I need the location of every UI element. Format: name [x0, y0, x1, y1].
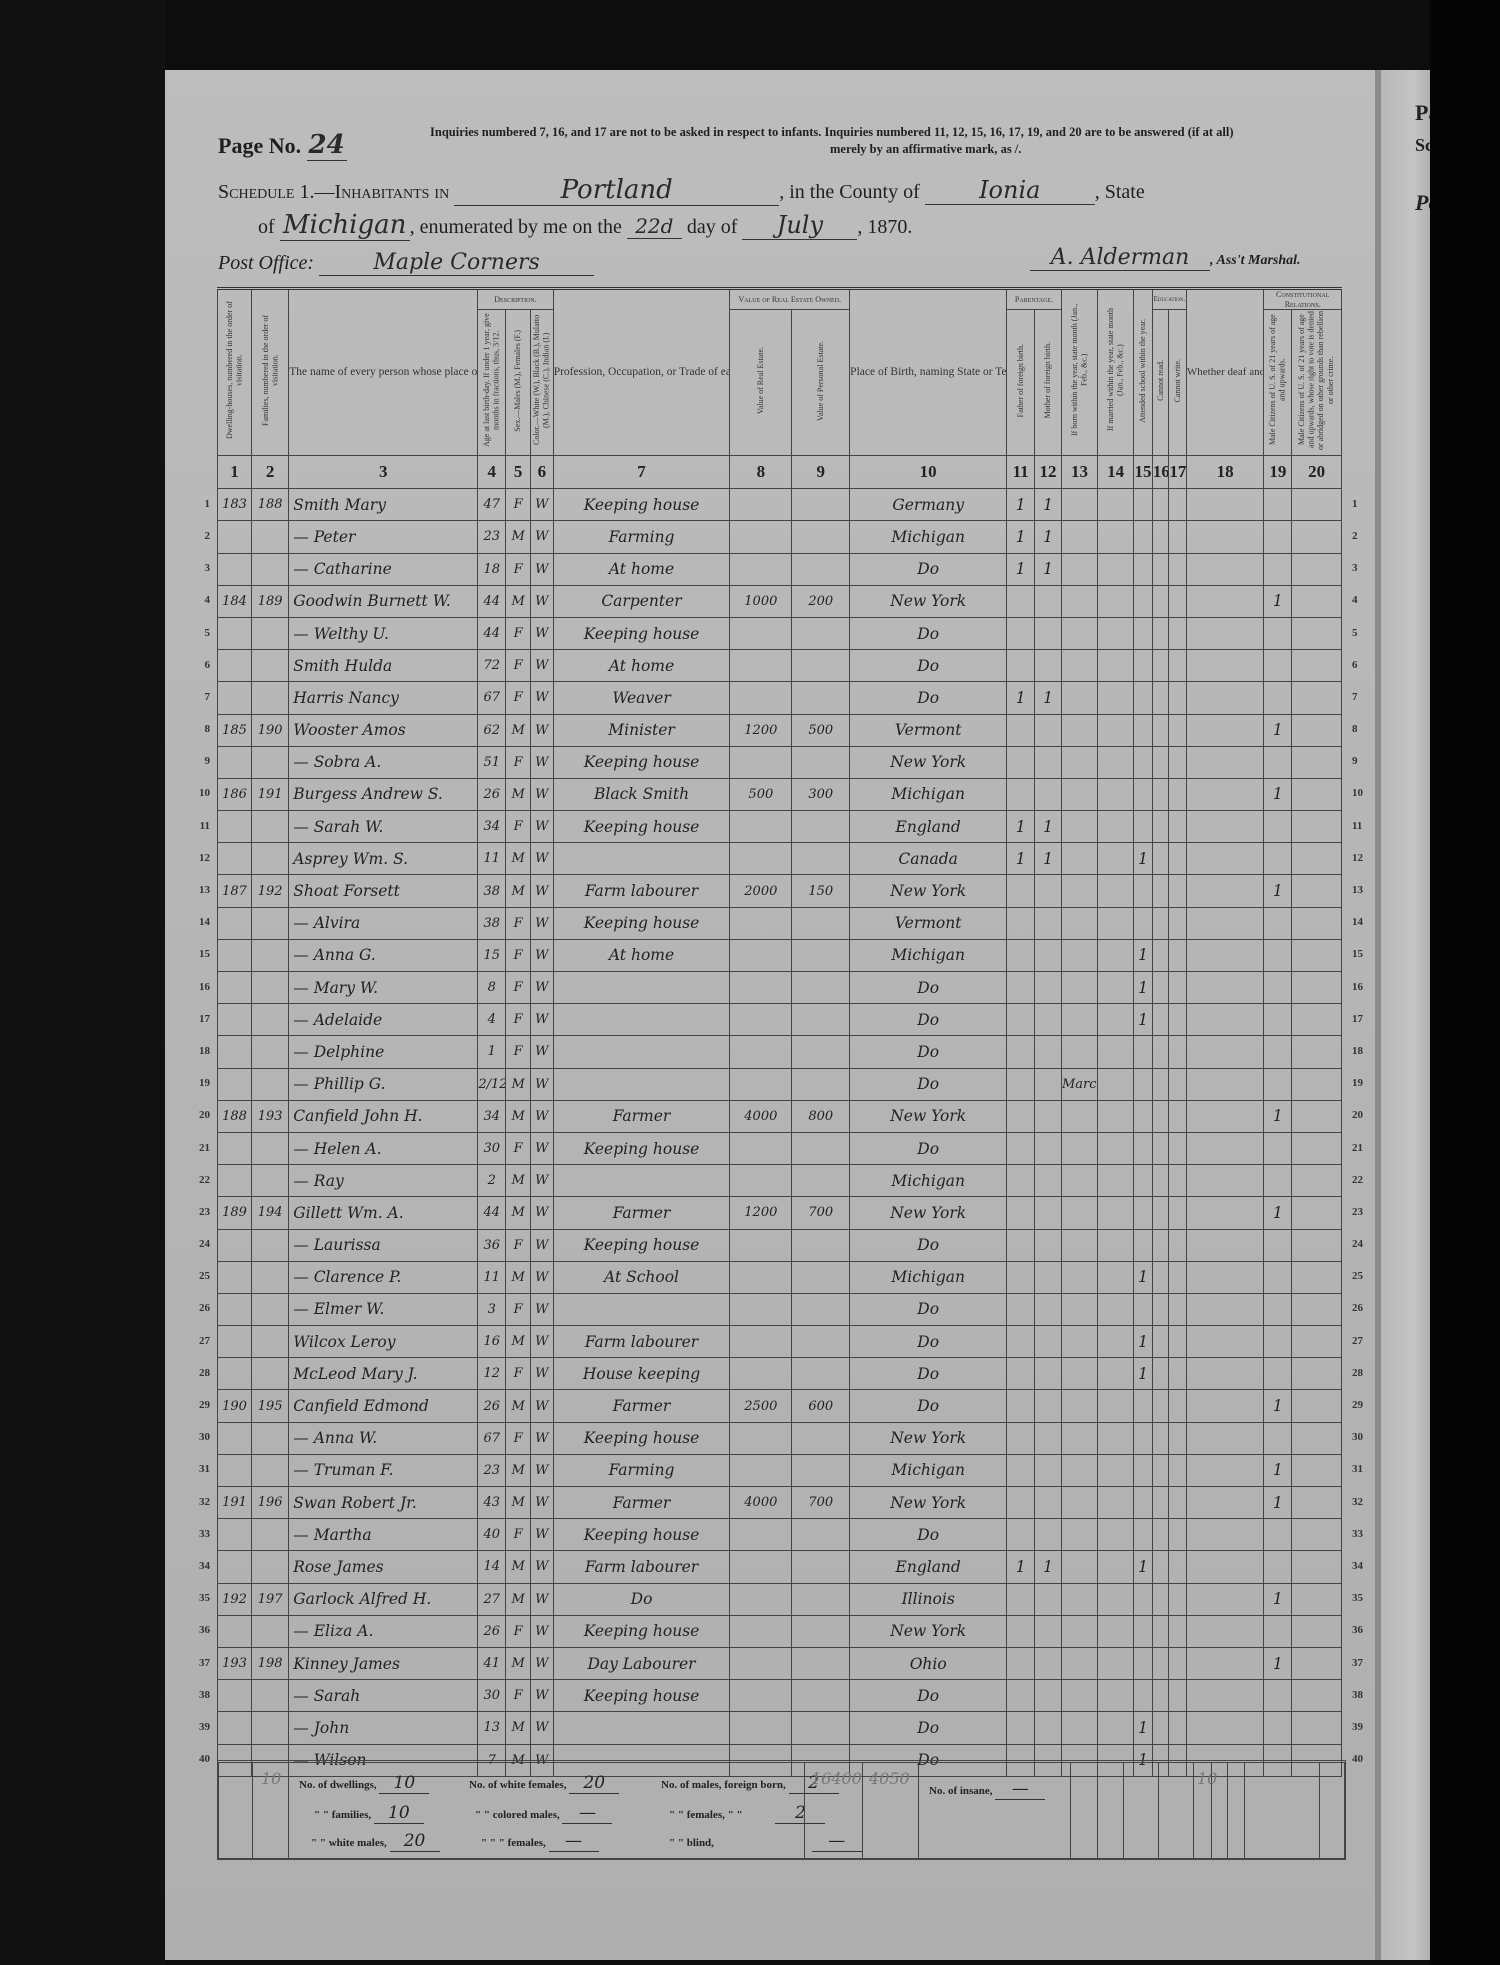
col-header-personal-estate: Value of Personal Estate. — [792, 310, 850, 456]
mother-foreign-mark — [1035, 1647, 1062, 1679]
family-number — [252, 1229, 289, 1261]
male-citizen-mark: 1 — [1264, 1647, 1292, 1679]
attended-school-mark — [1134, 746, 1153, 778]
father-foreign-mark — [1007, 1647, 1035, 1679]
attended-school-mark — [1134, 1132, 1153, 1164]
column-number-row: 1234567891011121314151617181920 — [218, 456, 1342, 489]
occupation: Keeping house — [553, 811, 730, 843]
dwelling-number: 187 — [218, 875, 252, 907]
birth-month — [1061, 553, 1097, 585]
birthplace: New York — [850, 1422, 1007, 1454]
line-number: 5 — [1352, 627, 1358, 639]
column-number: 20 — [1292, 456, 1342, 489]
attended-school-mark: 1 — [1134, 1551, 1153, 1583]
sex: M — [506, 521, 531, 553]
occupation: Keeping house — [553, 746, 730, 778]
white-females-count: No. of white females, 20 — [469, 1773, 619, 1794]
birthplace: New York — [850, 1197, 1007, 1229]
person-name: — Alvira — [289, 907, 478, 939]
column-number: 5 — [506, 456, 531, 489]
birthplace: Do — [850, 1326, 1007, 1358]
table-row: Smith Hulda72FWAt homeDo — [218, 650, 1342, 682]
father-foreign-mark — [1007, 972, 1035, 1004]
dwelling-number — [218, 1454, 252, 1486]
dwellings-count: No. of dwellings, 10 — [299, 1773, 429, 1794]
birthplace: Do — [850, 1004, 1007, 1036]
birth-month — [1061, 1261, 1097, 1293]
line-number: 19 — [1352, 1077, 1363, 1089]
person-name: — Laurissa — [289, 1229, 478, 1261]
father-foreign-mark — [1007, 1132, 1035, 1164]
dwelling-number — [218, 553, 252, 585]
attended-school-mark — [1134, 1293, 1153, 1325]
person-name: — Elmer W. — [289, 1293, 478, 1325]
real-estate-value — [730, 682, 792, 714]
mother-foreign-mark: 1 — [1035, 489, 1062, 521]
real-estate-value: 1200 — [730, 714, 792, 746]
attended-school-mark: 1 — [1134, 939, 1153, 971]
birthplace: Michigan — [850, 1454, 1007, 1486]
person-name: — Anna G. — [289, 939, 478, 971]
married-month — [1098, 1004, 1134, 1036]
line-number: 25 — [1352, 1270, 1363, 1282]
vote-denied — [1292, 1326, 1342, 1358]
line-number: 24 — [1352, 1238, 1363, 1250]
color: W — [530, 1358, 553, 1390]
family-number — [252, 1551, 289, 1583]
color: W — [530, 1583, 553, 1615]
cannot-write — [1169, 650, 1187, 682]
birthplace: Ohio — [850, 1647, 1007, 1679]
deaf-blind — [1186, 1293, 1263, 1325]
col-header-cannot-read: Cannot read. — [1152, 310, 1169, 456]
occupation: At School — [553, 1261, 730, 1293]
line-number: 38 — [1352, 1689, 1363, 1701]
dwelling-number — [218, 1261, 252, 1293]
vote-denied — [1292, 714, 1342, 746]
attended-school-mark — [1134, 811, 1153, 843]
married-month — [1098, 521, 1134, 553]
table-row: Asprey Wm. S.11MWCanada111 — [218, 843, 1342, 875]
vote-denied — [1292, 939, 1342, 971]
vote-denied — [1292, 1004, 1342, 1036]
real-estate-value: 4000 — [730, 1487, 792, 1519]
father-foreign-mark: 1 — [1007, 489, 1035, 521]
cannot-read — [1152, 972, 1169, 1004]
mother-foreign-mark — [1035, 1487, 1062, 1519]
married-month — [1098, 1068, 1134, 1100]
age: 40 — [478, 1519, 506, 1551]
table-row: — Sobra A.51FWKeeping houseNew York — [218, 746, 1342, 778]
age: 14 — [478, 1551, 506, 1583]
family-number: 190 — [252, 714, 289, 746]
family-number — [252, 1454, 289, 1486]
color: W — [530, 1487, 553, 1519]
mother-foreign-mark — [1035, 714, 1062, 746]
mother-foreign-mark — [1035, 1422, 1062, 1454]
line-number: 4 — [190, 594, 210, 606]
color: W — [530, 1390, 553, 1422]
deaf-blind — [1186, 1390, 1263, 1422]
age: 8 — [478, 972, 506, 1004]
vote-denied — [1292, 1551, 1342, 1583]
birth-month — [1061, 1422, 1097, 1454]
male-citizen-mark: 1 — [1264, 1197, 1292, 1229]
sex: F — [506, 1422, 531, 1454]
mother-foreign-mark — [1035, 1036, 1062, 1068]
real-estate-value — [730, 1712, 792, 1744]
person-name: — Sobra A. — [289, 746, 478, 778]
cannot-read — [1152, 1261, 1169, 1293]
birth-month — [1061, 1326, 1097, 1358]
occupation: Farmer — [553, 1197, 730, 1229]
birth-month — [1061, 521, 1097, 553]
person-name: — Eliza A. — [289, 1615, 478, 1647]
birthplace: New York — [850, 1100, 1007, 1132]
vote-denied — [1292, 1390, 1342, 1422]
scan-border-left — [0, 0, 165, 1965]
male-citizen-mark — [1264, 521, 1292, 553]
personal-estate-value — [792, 1036, 850, 1068]
line-number: 31 — [1352, 1463, 1363, 1475]
birthplace: Vermont — [850, 714, 1007, 746]
attended-school-mark — [1134, 1680, 1153, 1712]
sex: M — [506, 1712, 531, 1744]
color: W — [530, 521, 553, 553]
family-number — [252, 650, 289, 682]
dwelling-number — [218, 843, 252, 875]
deaf-blind — [1186, 1487, 1263, 1519]
table-row: 184189Goodwin Burnett W.44MWCarpenter100… — [218, 585, 1342, 617]
age: 12 — [478, 1358, 506, 1390]
line-number: 14 — [1352, 916, 1363, 928]
real-estate-value — [730, 521, 792, 553]
occupation: Farm labourer — [553, 875, 730, 907]
family-number: 193 — [252, 1100, 289, 1132]
birthplace: Do — [850, 1680, 1007, 1712]
birth-month — [1061, 907, 1097, 939]
color: W — [530, 1293, 553, 1325]
vote-denied — [1292, 811, 1342, 843]
attended-school-mark: 1 — [1134, 843, 1153, 875]
birthplace: Vermont — [850, 907, 1007, 939]
occupation: Keeping house — [553, 1132, 730, 1164]
occupation: Keeping house — [553, 1615, 730, 1647]
cannot-write — [1169, 778, 1187, 810]
married-month — [1098, 650, 1134, 682]
column-number: 1 — [218, 456, 252, 489]
color: W — [530, 746, 553, 778]
family-number — [252, 907, 289, 939]
column-number: 3 — [289, 456, 478, 489]
table-row: — Martha40FWKeeping houseDo — [218, 1519, 1342, 1551]
family-number — [252, 1004, 289, 1036]
family-number — [252, 1036, 289, 1068]
attended-school-mark: 1 — [1134, 1326, 1153, 1358]
birth-month — [1061, 1680, 1097, 1712]
person-name: Harris Nancy — [289, 682, 478, 714]
color: W — [530, 553, 553, 585]
age: 3 — [478, 1293, 506, 1325]
mother-foreign-mark — [1035, 1004, 1062, 1036]
sex: F — [506, 1132, 531, 1164]
married-month — [1098, 1358, 1134, 1390]
attended-school-mark — [1134, 1422, 1153, 1454]
line-number: 28 — [1352, 1367, 1363, 1379]
person-name: — John — [289, 1712, 478, 1744]
color: W — [530, 1004, 553, 1036]
family-number — [252, 1165, 289, 1197]
birthplace: New York — [850, 1615, 1007, 1647]
real-estate-value — [730, 553, 792, 585]
attended-school-mark — [1134, 1615, 1153, 1647]
dwelling-number — [218, 1229, 252, 1261]
dwelling-number: 184 — [218, 585, 252, 617]
mother-foreign-mark — [1035, 1229, 1062, 1261]
attended-school-mark: 1 — [1134, 1712, 1153, 1744]
birthplace: Do — [850, 682, 1007, 714]
color: W — [530, 1454, 553, 1486]
birthplace: Michigan — [850, 778, 1007, 810]
age: 62 — [478, 714, 506, 746]
mother-foreign-mark — [1035, 939, 1062, 971]
line-number: 40 — [190, 1753, 210, 1765]
table-row: — Elmer W.3FWDo — [218, 1293, 1342, 1325]
line-number: 22 — [190, 1174, 210, 1186]
cannot-read — [1152, 1712, 1169, 1744]
dwelling-number — [218, 1165, 252, 1197]
occupation: Farming — [553, 1454, 730, 1486]
occupation: Keeping house — [553, 1519, 730, 1551]
cannot-write — [1169, 1551, 1187, 1583]
vote-denied — [1292, 1293, 1342, 1325]
marshal-signature: A. Alderman — [1030, 245, 1210, 271]
line-number: 37 — [190, 1657, 210, 1669]
occupation: At home — [553, 939, 730, 971]
married-month — [1098, 1615, 1134, 1647]
line-number: 33 — [190, 1528, 210, 1540]
line-number: 8 — [1352, 723, 1358, 735]
married-month — [1098, 1712, 1134, 1744]
birthplace: Do — [850, 553, 1007, 585]
vote-denied — [1292, 1454, 1342, 1486]
father-foreign-mark — [1007, 617, 1035, 649]
family-number — [252, 1358, 289, 1390]
attended-school-mark — [1134, 1647, 1153, 1679]
person-name: — Sarah W. — [289, 811, 478, 843]
deaf-blind — [1186, 1036, 1263, 1068]
occupation: Carpenter — [553, 585, 730, 617]
sex: M — [506, 1583, 531, 1615]
father-foreign-mark: 1 — [1007, 1551, 1035, 1583]
line-number: 29 — [190, 1399, 210, 1411]
male-citizen-mark: 1 — [1264, 778, 1292, 810]
family-number: 188 — [252, 489, 289, 521]
father-foreign-mark — [1007, 1165, 1035, 1197]
mother-foreign-mark: 1 — [1035, 811, 1062, 843]
cannot-read — [1152, 907, 1169, 939]
table-row: 193198Kinney James41MWDay LabourerOhio1 — [218, 1647, 1342, 1679]
deaf-blind — [1186, 778, 1263, 810]
occupation: Farm labourer — [553, 1551, 730, 1583]
person-name: — Delphine — [289, 1036, 478, 1068]
col-header-born-within-year: If born within the year, state month (Ja… — [1061, 289, 1097, 456]
column-number: 9 — [792, 456, 850, 489]
cannot-write — [1169, 1036, 1187, 1068]
married-month — [1098, 1454, 1134, 1486]
birthplace: England — [850, 811, 1007, 843]
mother-foreign-mark: 1 — [1035, 682, 1062, 714]
cannot-read — [1152, 1326, 1169, 1358]
cannot-write — [1169, 489, 1187, 521]
vote-denied — [1292, 1647, 1342, 1679]
birth-month — [1061, 843, 1097, 875]
birthplace: New York — [850, 585, 1007, 617]
occupation: Farmer — [553, 1100, 730, 1132]
family-number — [252, 1293, 289, 1325]
cannot-write — [1169, 1261, 1187, 1293]
married-month — [1098, 778, 1134, 810]
table-row: 192197Garlock Alfred H.27MWDoIllinois1 — [218, 1583, 1342, 1615]
birthplace: England — [850, 1551, 1007, 1583]
age: 44 — [478, 617, 506, 649]
real-estate-value — [730, 1454, 792, 1486]
age: 30 — [478, 1680, 506, 1712]
family-number — [252, 521, 289, 553]
family-number — [252, 553, 289, 585]
color: W — [530, 1615, 553, 1647]
deaf-blind — [1186, 585, 1263, 617]
married-month — [1098, 972, 1134, 1004]
cannot-read — [1152, 521, 1169, 553]
married-month — [1098, 1487, 1134, 1519]
birth-month — [1061, 875, 1097, 907]
personal-estate-value: 150 — [792, 875, 850, 907]
cannot-read — [1152, 682, 1169, 714]
dwelling-number — [218, 1036, 252, 1068]
personal-estate-total: 4050 — [869, 1769, 910, 1788]
attended-school-mark: 1 — [1134, 1004, 1153, 1036]
line-number: 29 — [1352, 1399, 1363, 1411]
sex: F — [506, 682, 531, 714]
dwelling-number: 188 — [218, 1100, 252, 1132]
personal-estate-value — [792, 1551, 850, 1583]
line-number: 18 — [190, 1045, 210, 1057]
personal-estate-value — [792, 553, 850, 585]
family-number — [252, 617, 289, 649]
line-number: 13 — [1352, 884, 1363, 896]
page-number-value: 24 — [307, 130, 347, 161]
age: 26 — [478, 1390, 506, 1422]
attended-school-mark — [1134, 1068, 1153, 1100]
age: 23 — [478, 521, 506, 553]
table-row: McLeod Mary J.12FWHouse keepingDo1 — [218, 1358, 1342, 1390]
dwelling-number — [218, 682, 252, 714]
sex: M — [506, 585, 531, 617]
age: 43 — [478, 1487, 506, 1519]
deaf-blind — [1186, 617, 1263, 649]
birth-month — [1061, 972, 1097, 1004]
line-number: 39 — [1352, 1721, 1363, 1733]
attended-school-mark — [1134, 521, 1153, 553]
color: W — [530, 489, 553, 521]
male-citizen-mark — [1264, 489, 1292, 521]
cannot-read — [1152, 939, 1169, 971]
color: W — [530, 1229, 553, 1261]
line-number: 3 — [1352, 562, 1358, 574]
cannot-read — [1152, 1583, 1169, 1615]
day-field: 22d — [627, 214, 682, 239]
line-number: 34 — [190, 1560, 210, 1572]
table-row: — Phillip G.2/12MWDoMarch — [218, 1068, 1342, 1100]
real-estate-value — [730, 1229, 792, 1261]
color: W — [530, 1680, 553, 1712]
mother-foreign-mark — [1035, 617, 1062, 649]
personal-estate-value — [792, 1454, 850, 1486]
sex: M — [506, 1261, 531, 1293]
age: 11 — [478, 1261, 506, 1293]
column-number: 10 — [850, 456, 1007, 489]
cannot-read — [1152, 1132, 1169, 1164]
personal-estate-value — [792, 811, 850, 843]
cannot-read — [1152, 553, 1169, 585]
deaf-blind — [1186, 1712, 1263, 1744]
male-citizen-mark — [1264, 1551, 1292, 1583]
real-estate-value — [730, 1519, 792, 1551]
col-header-male-citizens: Male Citizens of U. S. of 21 years of ag… — [1264, 310, 1292, 456]
sex: F — [506, 746, 531, 778]
table-row: — John13MWDo1 — [218, 1712, 1342, 1744]
family-number — [252, 972, 289, 1004]
column-number: 2 — [252, 456, 289, 489]
sex: F — [506, 811, 531, 843]
line-number: 14 — [190, 916, 210, 928]
line-number: 1 — [190, 498, 210, 510]
vote-denied — [1292, 1261, 1342, 1293]
occupation: Do — [553, 1583, 730, 1615]
insane-count: No. of insane, — — [929, 1779, 1045, 1800]
birth-month — [1061, 650, 1097, 682]
cannot-write — [1169, 972, 1187, 1004]
married-month — [1098, 907, 1134, 939]
county-field: Ionia — [925, 176, 1095, 205]
deaf-blind — [1186, 875, 1263, 907]
real-estate-value — [730, 1132, 792, 1164]
sex: F — [506, 1358, 531, 1390]
person-name: Swan Robert Jr. — [289, 1487, 478, 1519]
age: 15 — [478, 939, 506, 971]
mother-foreign-mark — [1035, 1358, 1062, 1390]
real-estate-value — [730, 1326, 792, 1358]
married-month — [1098, 1261, 1134, 1293]
deaf-blind — [1186, 650, 1263, 682]
table-row: — Adelaide4FWDo1 — [218, 1004, 1342, 1036]
birthplace: Do — [850, 1293, 1007, 1325]
person-name: Rose James — [289, 1551, 478, 1583]
cannot-write — [1169, 811, 1187, 843]
attended-school-mark — [1134, 489, 1153, 521]
personal-estate-value — [792, 1647, 850, 1679]
dwelling-number — [218, 650, 252, 682]
married-month — [1098, 875, 1134, 907]
father-foreign-mark — [1007, 907, 1035, 939]
father-foreign-mark: 1 — [1007, 843, 1035, 875]
birthplace: Illinois — [850, 1583, 1007, 1615]
birthplace: Do — [850, 1132, 1007, 1164]
sex: M — [506, 875, 531, 907]
line-number: 20 — [1352, 1109, 1363, 1121]
cannot-write — [1169, 1004, 1187, 1036]
